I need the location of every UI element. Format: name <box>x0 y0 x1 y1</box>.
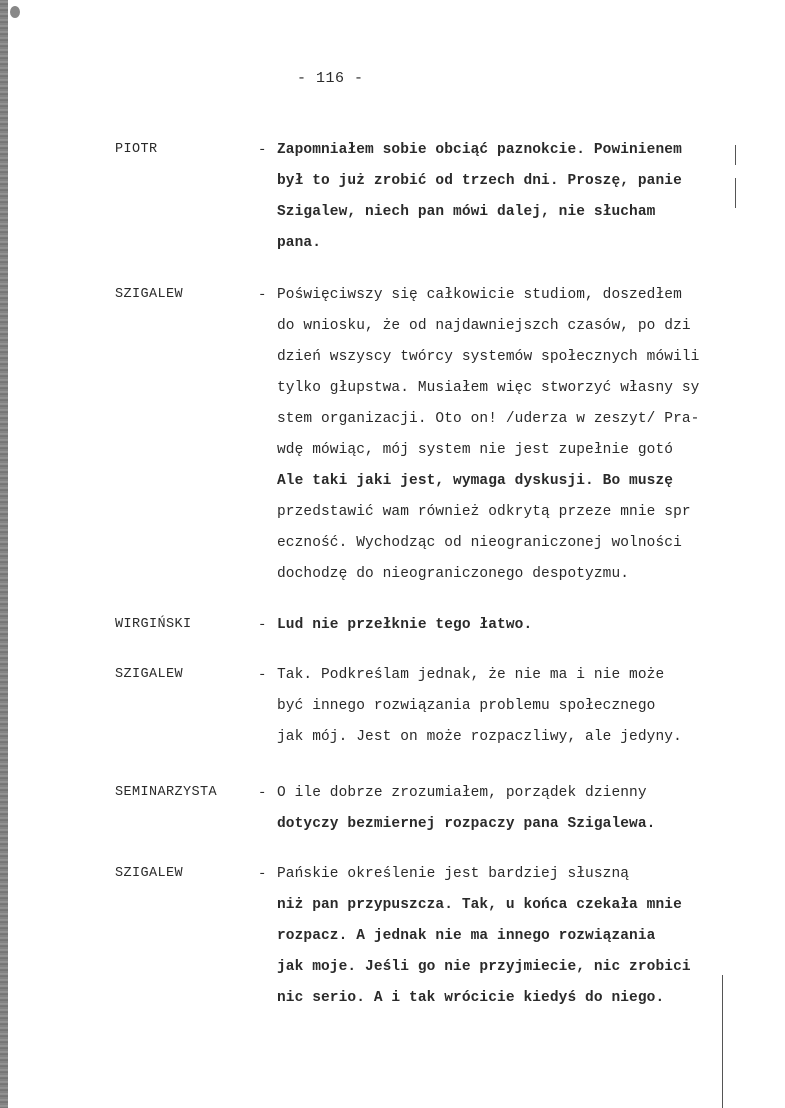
speech-line: wdę mówiąc, mój system nie jest zupełnie… <box>277 442 747 473</box>
speech-line: nic serio. A i tak wrócicie kiedyś do ni… <box>277 990 747 1021</box>
speech-line: być innego rozwiązania problemu społeczn… <box>277 698 747 729</box>
speaker-name: PIOTR <box>115 142 158 157</box>
speech-dash: - <box>258 785 266 801</box>
speech-line: przedstawić wam również odkrytą przeze m… <box>277 504 747 535</box>
speech-line: do wniosku, że od najdawniejszch czasów,… <box>277 318 747 349</box>
speaker-name: SZIGALEW <box>115 667 183 682</box>
speech-line: Poświęciwszy się całkowicie studiom, dos… <box>277 287 747 318</box>
speech-dash: - <box>258 287 266 303</box>
speech-text: Zapomniałem sobie obciąć paznokcie. Powi… <box>277 142 747 266</box>
speech-line: stem organizacji. Oto on! /uderza w zesz… <box>277 411 747 442</box>
punch-hole-mark <box>10 6 20 18</box>
scan-left-edge <box>0 0 8 1108</box>
speech-line: Lud nie przełknie tego łatwo. <box>277 617 747 648</box>
speaker-name: WIRGIŃSKI <box>115 617 192 632</box>
speech-text: Poświęciwszy się całkowicie studiom, dos… <box>277 287 747 597</box>
speech-line: dotyczy bezmiernej rozpaczy pana Szigale… <box>277 816 747 847</box>
speech-line: był to już zrobić od trzech dni. Proszę,… <box>277 173 747 204</box>
speaker-name: SZIGALEW <box>115 287 183 302</box>
speech-line: eczność. Wychodząc od nieograniczonej wo… <box>277 535 747 566</box>
speech-text: Tak. Podkreślam jednak, że nie ma i nie … <box>277 667 747 760</box>
speech-dash: - <box>258 667 266 683</box>
speech-text: O ile dobrze zrozumiałem, porządek dzien… <box>277 785 747 847</box>
speech-line: tylko głupstwa. Musiałem więc stworzyć w… <box>277 380 747 411</box>
speech-dash: - <box>258 142 266 158</box>
speech-line: dochodzę do nieograniczonego despotyzmu. <box>277 566 747 597</box>
speech-line: O ile dobrze zrozumiałem, porządek dzien… <box>277 785 747 816</box>
speech-dash: - <box>258 866 266 882</box>
speech-line: jak moje. Jeśli go nie przyjmiecie, nic … <box>277 959 747 990</box>
speaker-name: SZIGALEW <box>115 866 183 881</box>
speech-line: pana. <box>277 235 747 266</box>
speech-line: dzień wszyscy twórcy systemów społecznyc… <box>277 349 747 380</box>
speech-line: Szigalew, niech pan mówi dalej, nie słuc… <box>277 204 747 235</box>
speech-line: Zapomniałem sobie obciąć paznokcie. Powi… <box>277 142 747 173</box>
speech-dash: - <box>258 617 266 633</box>
speech-line: Ale taki jaki jest, wymaga dyskusji. Bo … <box>277 473 747 504</box>
speech-text: Lud nie przełknie tego łatwo. <box>277 617 747 648</box>
page-number: - 116 - <box>297 70 364 87</box>
speech-line: Pańskie określenie jest bardziej słuszną <box>277 866 747 897</box>
speech-line: Tak. Podkreślam jednak, że nie ma i nie … <box>277 667 747 698</box>
speech-text: Pańskie określenie jest bardziej słuszną… <box>277 866 747 1021</box>
speaker-name: SEMINARZYSTA <box>115 785 217 800</box>
speech-line: niż pan przypuszcza. Tak, u końca czekał… <box>277 897 747 928</box>
speech-line: rozpacz. A jednak nie ma innego rozwiąza… <box>277 928 747 959</box>
speech-line: jak mój. Jest on może rozpaczliwy, ale j… <box>277 729 747 760</box>
